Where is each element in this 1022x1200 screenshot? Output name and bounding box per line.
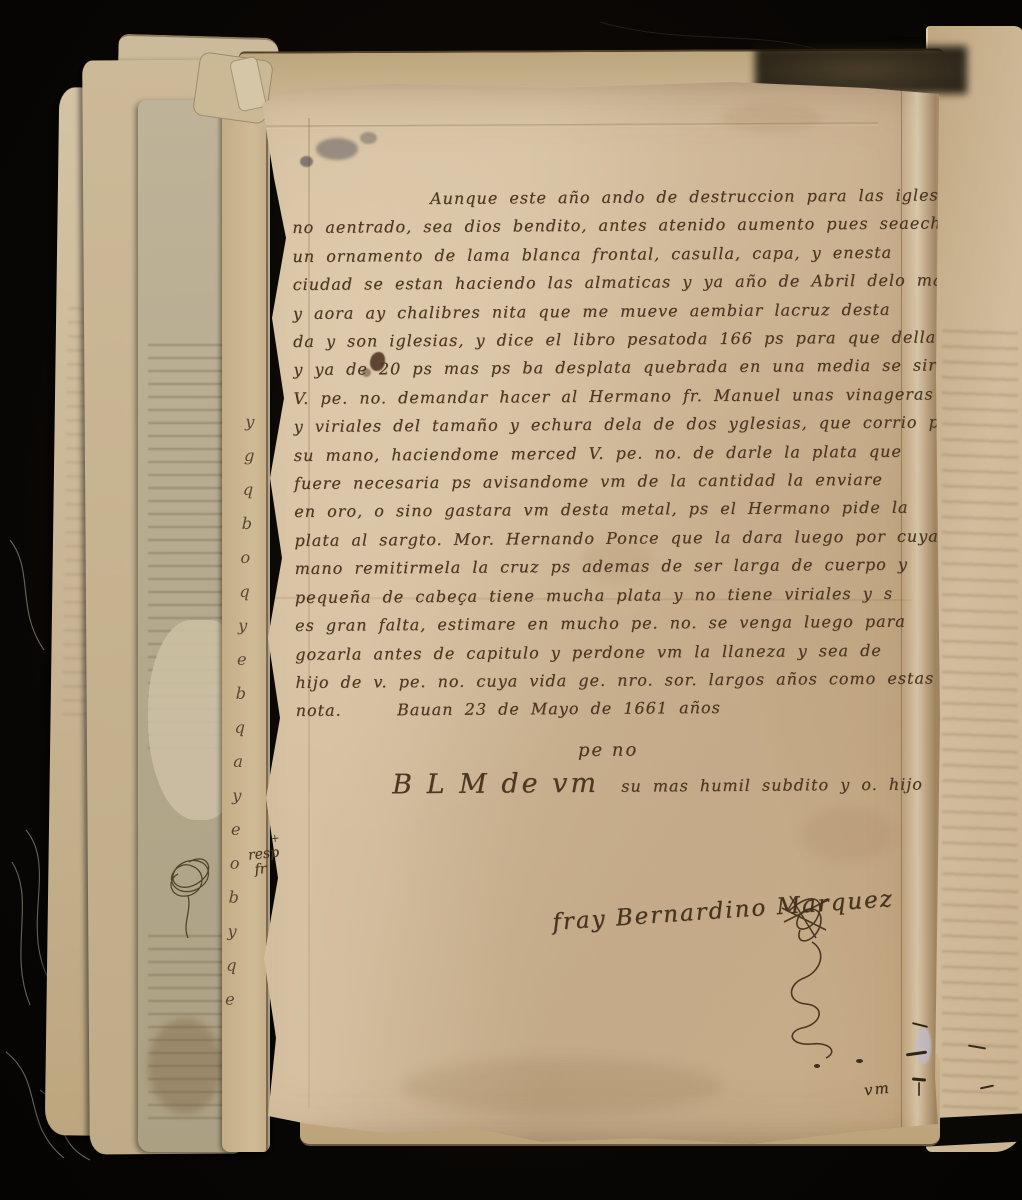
letter-line: pequeña de cabeça tiene mucha plata y no… (295, 579, 929, 612)
letter-line: en oro, o sino gastara vm desta metal, p… (294, 494, 928, 527)
torn-edge-letter: b (237, 514, 266, 549)
foxing-stain (802, 808, 892, 862)
torn-edge-letter: g (239, 446, 268, 481)
valediction-line: pe no (578, 733, 930, 765)
ink-scribble-doodle (158, 850, 220, 942)
signature-rubric-flourish (768, 882, 864, 1062)
marginal-note: + resp fr (246, 830, 284, 878)
letter-line: ciudad se estan haciendo las almaticas y… (293, 267, 927, 300)
torn-edge-letter: a (229, 751, 258, 786)
letter-text-block: Aunque este año ando de destruccion para… (292, 182, 930, 807)
letter-line: hijo de v. pe. no. cuya vida ge. nro. so… (295, 664, 929, 697)
letter-line: nota. Bauan 23 de Mayo de 1661 años (296, 693, 930, 726)
repair-patch (916, 1028, 931, 1064)
torn-edge-letter: y (241, 412, 270, 447)
torn-edge-letter: q (238, 480, 267, 515)
letter-line: su mano, haciendome merced V. pe. no. de… (294, 437, 928, 470)
torn-edge-letter: o (236, 548, 265, 583)
letter-line: da y son iglesias, y dice el libro pesat… (293, 324, 927, 357)
pen-trial-text: vm (863, 1079, 891, 1100)
torn-edge-letter: e (232, 650, 261, 685)
foxing-stain (722, 104, 822, 132)
torn-edge-letter: q (222, 955, 251, 990)
torn-edge-letter: q (235, 582, 264, 617)
torn-edge-letter: y (223, 921, 252, 956)
ink-smudge-stain (316, 138, 358, 160)
letter-line: Aunque este año ando de destruccion para… (292, 182, 926, 215)
ink-speck (814, 1064, 820, 1068)
torn-edge-letter: y (227, 785, 256, 820)
letter-lines: Aunque este año ando de destruccion para… (292, 182, 930, 726)
letter-line: y aora ay chalibres nita que me mueve ae… (293, 295, 927, 328)
ink-smudge-stain (360, 132, 377, 144)
archival-manuscript-photo: ygqboqyebqayeobyqe + resp fr vm Aunque e… (0, 0, 1022, 1200)
manuscript-page: vm Aunque este año ando de destruccion p… (212, 78, 940, 1154)
ink-smudge-stain (300, 156, 313, 167)
torn-edge-letter: e (220, 989, 249, 1024)
torn-edge-letter: b (231, 684, 260, 719)
letter-line: y ya de 20 ps mas ps ba desplata quebrad… (293, 352, 927, 385)
letter-line: mano remitirmela la cruz ps ademas de se… (295, 551, 929, 584)
pen-trial-stroke (918, 1082, 920, 1096)
letter-line: plata al sargto. Mor. Hernando Ponce que… (294, 522, 928, 555)
letter-line: y viriales del tamaño y echura dela de d… (294, 409, 928, 442)
closing-rest: su mas humil subdito y o. hijo (599, 774, 923, 795)
foxing-stain (402, 1058, 722, 1114)
closing-line: B L M de vm su mas humil subdito y o. hi… (392, 763, 930, 806)
letter-line: fuere necesaria ps avisandome vm de la c… (294, 466, 928, 499)
next-page-fore-edge (926, 26, 1022, 1152)
letter-line: gozarla antes de capitulo y perdone vm l… (295, 636, 929, 669)
letter-line: es gran falta, estimare en mucho pe. no.… (295, 608, 929, 641)
torn-edge-letter: b (224, 887, 253, 922)
damp-stain (148, 1018, 222, 1114)
letter-line: V. pe. no. demandar hacer al Hermano fr.… (293, 380, 927, 413)
torn-edge-letter: q (230, 718, 259, 753)
torn-edge-letter: y (233, 616, 262, 651)
marginal-note-line2: fr (254, 860, 284, 878)
letter-line: no aentrado, sea dios bendito, antes ate… (292, 210, 926, 243)
closing-initials: B L M de vm (392, 768, 599, 800)
bleedthrough-text-rows (942, 326, 1018, 1136)
letter-line: un ornamento de lama blanca frontal, cas… (292, 238, 926, 271)
